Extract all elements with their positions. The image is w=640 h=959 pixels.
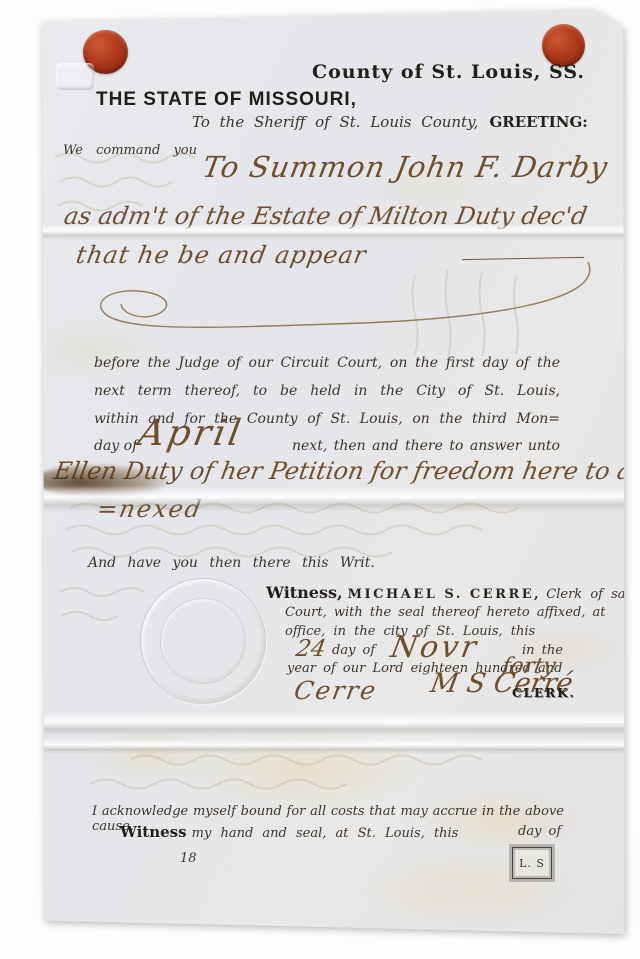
fold-crease-middle bbox=[40, 486, 624, 512]
embossed-court-seal-inner bbox=[160, 598, 246, 684]
writ-paragraph-line4-prefix: day of bbox=[94, 438, 137, 454]
bond-witness-text: my hand and seal, at St. Louis, this bbox=[192, 826, 459, 841]
writ-paragraph-line4-suffix: next, then and there to answer unto bbox=[292, 438, 560, 454]
document-scan: County of St. Louis, SS. THE STATE OF MI… bbox=[0, 0, 640, 959]
writ-paragraph-line1: before the Judge of our Circuit Court, o… bbox=[94, 355, 560, 371]
fold-crease-lower1 bbox=[40, 712, 624, 736]
witness-label: Witness, bbox=[266, 583, 343, 602]
attestation-line1: Witness, MICHAEL S. CERRE, Clerk of said bbox=[266, 583, 638, 602]
ls-seal-box: L. S bbox=[512, 847, 552, 879]
attestation-line2: Court, with the seal thereof hereto affi… bbox=[285, 605, 606, 620]
ls-seal-text: L. S bbox=[519, 857, 545, 870]
fold-crease-lower2 bbox=[40, 738, 624, 754]
hw-day-number: 24 bbox=[294, 636, 328, 662]
hw-month-novr: Novr bbox=[388, 630, 482, 665]
paper-shadow-wrap: County of St. Louis, SS. THE STATE OF MI… bbox=[0, 0, 640, 959]
writ-return-line: And have you then there this Writ. bbox=[88, 555, 375, 571]
clerk-title-label: CLERK. bbox=[512, 686, 576, 700]
hw-month-april: April bbox=[135, 413, 247, 454]
day-of-label: day of bbox=[332, 643, 375, 658]
bond-witness-line: Witness my hand and seal, at St. Louis, … bbox=[120, 822, 458, 841]
bond-witness-label: Witness bbox=[120, 823, 187, 841]
bond-day-of-label: day of bbox=[518, 824, 561, 839]
hw-clerk-paraph: Cerre bbox=[292, 676, 380, 705]
bond-year-prefix: 18 bbox=[180, 851, 197, 866]
fold-crease-upper bbox=[40, 224, 624, 240]
writ-paper: County of St. Louis, SS. THE STATE OF MI… bbox=[0, 0, 640, 959]
writ-paragraph-line2: next term thereof, to be held in the Cit… bbox=[94, 383, 560, 399]
attestation-line1-tail: Clerk of said bbox=[546, 587, 638, 602]
clerk-name: MICHAEL S. CERRE, bbox=[348, 587, 542, 602]
pen-flourish bbox=[0, 0, 640, 400]
